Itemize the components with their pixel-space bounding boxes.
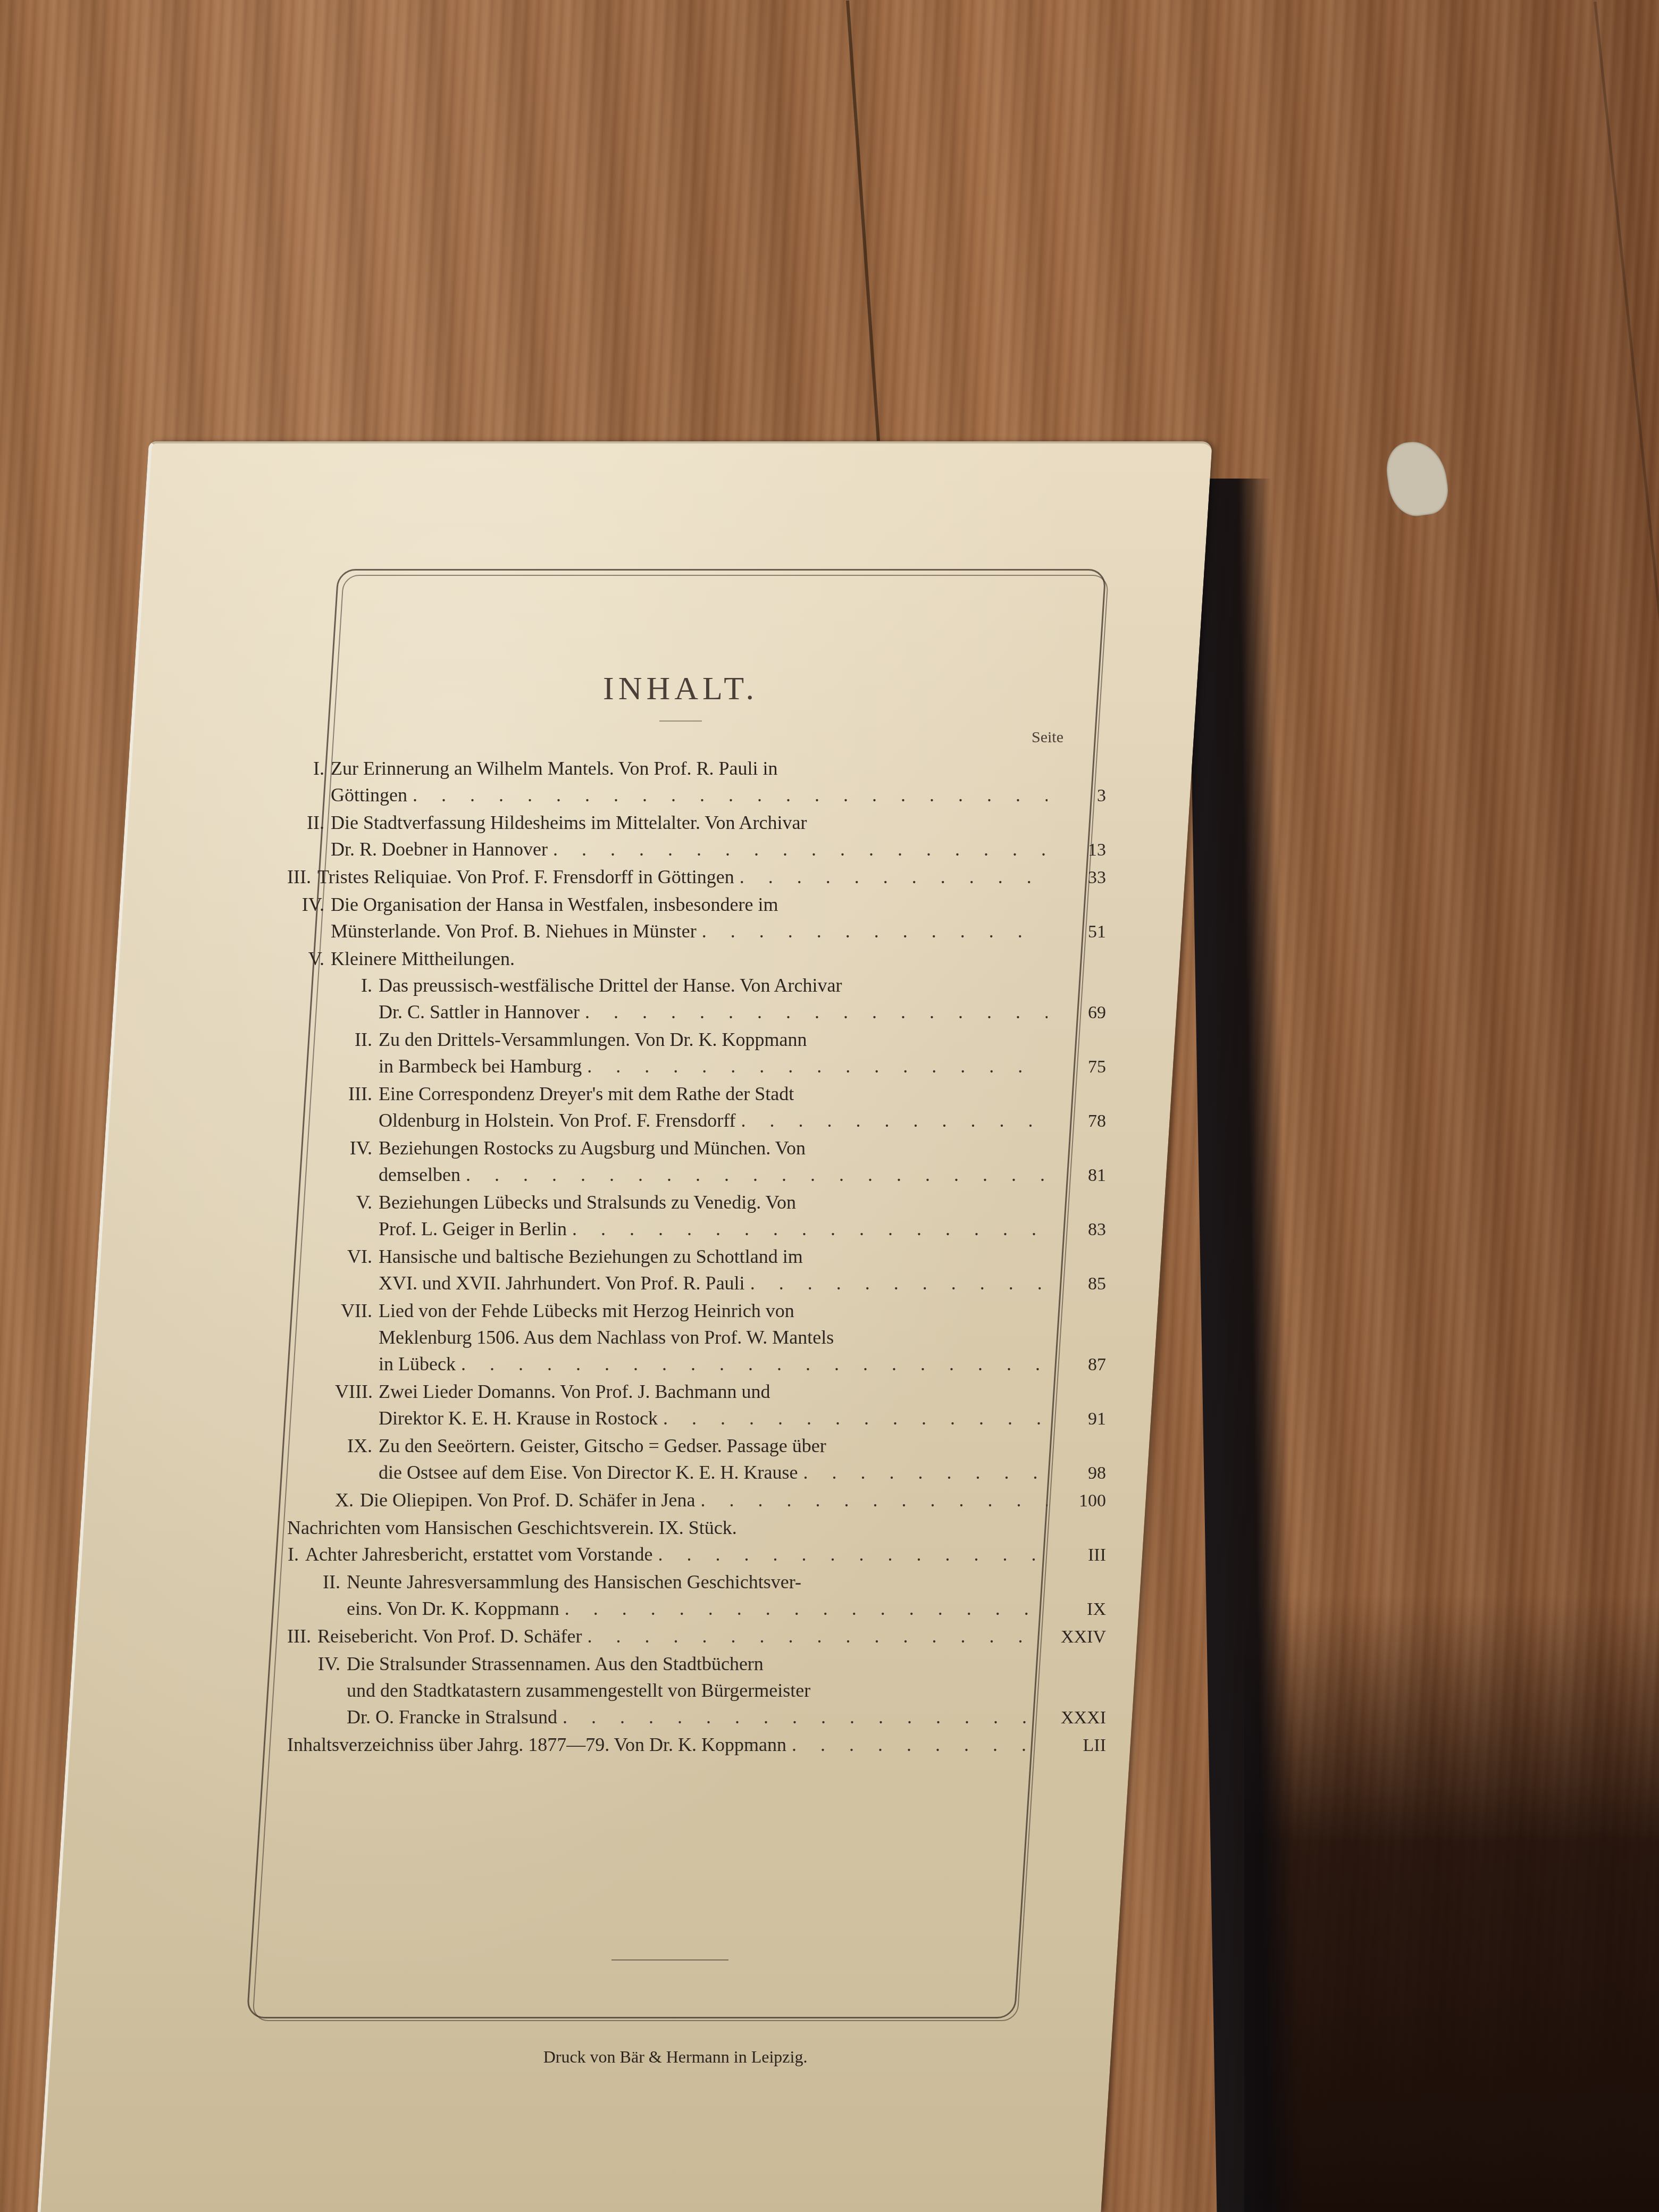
toc-entry-line: XVI. und XVII. Jahrhundert. Von Prof. R.… bbox=[335, 1270, 1106, 1297]
toc-entry-number: VI. bbox=[335, 1243, 379, 1270]
toc-page-number: 78 bbox=[1048, 1108, 1106, 1135]
toc-entry-text: die Ostsee auf dem Eise. Von Director K.… bbox=[379, 1459, 798, 1486]
toc-page-number: LII bbox=[1048, 1732, 1106, 1759]
toc-entry-line: I.Achter Jahresbericht, erstattet vom Vo… bbox=[287, 1541, 1106, 1569]
toc-page-number: 98 bbox=[1048, 1460, 1106, 1487]
toc-entry-line: die Ostsee auf dem Eise. Von Director K.… bbox=[335, 1459, 1106, 1487]
toc-entry-text: in Lübeck bbox=[379, 1351, 456, 1377]
toc-entry: IV.Die Stralsunder Strassennamen. Aus de… bbox=[287, 1650, 1106, 1731]
toc-entry-line: V.Beziehungen Lübecks und Stralsunds zu … bbox=[335, 1189, 1106, 1216]
leader-dots bbox=[734, 864, 1048, 890]
toc-page-number: 85 bbox=[1048, 1271, 1106, 1297]
toc-entry-text: Hansische und baltische Beziehungen zu S… bbox=[379, 1243, 803, 1270]
toc-entry-line: II.Die Stadtverfassung Hildesheims im Mi… bbox=[287, 809, 1106, 836]
toc-entry-text: XVI. und XVII. Jahrhundert. Von Prof. R.… bbox=[379, 1270, 745, 1296]
toc-entry-line: IX.Zu den Seeörtern. Geister, Gitscho = … bbox=[335, 1432, 1106, 1459]
toc-entry-line: Inhaltsverzeichniss über Jahrg. 1877—79.… bbox=[287, 1731, 1106, 1759]
toc-entry-text: eins. Von Dr. K. Koppmann bbox=[347, 1595, 559, 1622]
toc-entry-line: Dr. C. Sattler in Hannover69 bbox=[335, 999, 1106, 1026]
toc-entry-number: II. bbox=[287, 809, 331, 836]
toc-entry-text: Das preussisch-westfälische Drittel der … bbox=[379, 972, 842, 999]
leader-dots bbox=[582, 1623, 1048, 1649]
toc-entry: VII.Lied von der Fehde Lübecks mit Herzo… bbox=[287, 1297, 1106, 1378]
floor-shadow bbox=[1244, 1595, 1659, 2212]
leader-dots bbox=[735, 1107, 1048, 1134]
leader-dots bbox=[548, 836, 1048, 862]
table-of-contents: I.Zur Erinnerung an Wilhelm Mantels. Von… bbox=[287, 755, 1106, 1759]
toc-page-number: 13 bbox=[1048, 837, 1106, 864]
toc-entry-text: Inhaltsverzeichniss über Jahrg. 1877—79.… bbox=[287, 1731, 786, 1758]
toc-entry-text: Zu den Seeörtern. Geister, Gitscho = Ged… bbox=[379, 1432, 826, 1459]
toc-entry: I.Zur Erinnerung an Wilhelm Mantels. Von… bbox=[287, 755, 1106, 809]
toc-entry-text: Die Stadtverfassung Hildesheims im Mitte… bbox=[331, 809, 807, 836]
toc-entry-text: Münsterlande. Von Prof. B. Niehues in Mü… bbox=[331, 918, 697, 944]
wood-crack bbox=[1594, 2, 1659, 636]
document-page: INHALT. Seite I.Zur Erinnerung an Wilhel… bbox=[37, 441, 1212, 2212]
toc-entry-line: IV.Die Organisation der Hansa in Westfal… bbox=[287, 891, 1106, 918]
toc-entry-number: V. bbox=[335, 1189, 379, 1216]
toc-entry: I.Achter Jahresbericht, erstattet vom Vo… bbox=[287, 1541, 1106, 1569]
toc-entry-text: Tristes Reliquiae. Von Prof. F. Frensdor… bbox=[317, 864, 734, 890]
toc-entry-line: Prof. L. Geiger in Berlin83 bbox=[335, 1216, 1106, 1243]
toc-entry-text: Reisebericht. Von Prof. D. Schäfer bbox=[317, 1623, 582, 1649]
leader-dots bbox=[745, 1270, 1048, 1296]
toc-entry-text: Zwei Lieder Domanns. Von Prof. J. Bachma… bbox=[379, 1378, 770, 1405]
toc-entry-line: Dr. O. Francke in StralsundXXXI bbox=[287, 1704, 1106, 1731]
page-content: INHALT. Seite I.Zur Erinnerung an Wilhel… bbox=[149, 441, 1212, 2212]
leader-dots bbox=[557, 1704, 1048, 1730]
toc-entry-line: III.Tristes Reliquiae. Von Prof. F. Fren… bbox=[287, 864, 1106, 891]
toc-entry-text: Beziehungen Rostocks zu Augsburg und Mün… bbox=[379, 1135, 806, 1161]
toc-entry-text: Kleinere Mittheilungen. bbox=[331, 945, 515, 972]
toc-entry-line: eins. Von Dr. K. KoppmannIX bbox=[287, 1595, 1106, 1623]
toc-entry-number: III. bbox=[287, 864, 317, 890]
toc-entry-text: Zu den Drittels-Versammlungen. Von Dr. K… bbox=[379, 1026, 807, 1053]
toc-entry-text: Dr. R. Doebner in Hannover bbox=[331, 836, 548, 862]
toc-entry-line: Münsterlande. Von Prof. B. Niehues in Mü… bbox=[287, 918, 1106, 945]
toc-entry-line: X.Die Oliepipen. Von Prof. D. Schäfer in… bbox=[335, 1487, 1106, 1514]
toc-entry-line: demselben81 bbox=[335, 1161, 1106, 1189]
toc-entry: II.Zu den Drittels-Versammlungen. Von Dr… bbox=[287, 1026, 1106, 1080]
page-title: INHALT. bbox=[149, 670, 1212, 708]
toc-entry-line: in Lübeck87 bbox=[335, 1351, 1106, 1378]
toc-entry-line: in Barmbeck bei Hamburg75 bbox=[335, 1053, 1106, 1080]
leader-dots bbox=[407, 782, 1048, 808]
wood-crack bbox=[846, 1, 880, 441]
toc-page-number: 75 bbox=[1048, 1054, 1106, 1080]
toc-entry-number: VIII. bbox=[335, 1378, 379, 1405]
toc-entry-text: Achter Jahresbericht, erstattet vom Vors… bbox=[305, 1541, 652, 1568]
toc-entry: I.Das preussisch-westfälische Drittel de… bbox=[287, 972, 1106, 1026]
toc-entry-line: II.Zu den Drittels-Versammlungen. Von Dr… bbox=[335, 1026, 1106, 1053]
toc-entry-number: I. bbox=[287, 755, 331, 782]
toc-entry-line: III.Reisebericht. Von Prof. D. SchäferXX… bbox=[287, 1623, 1106, 1650]
wood-chip bbox=[1383, 438, 1451, 520]
toc-entry-line: VII.Lied von der Fehde Lübecks mit Herzo… bbox=[335, 1297, 1106, 1324]
toc-entry-number: I. bbox=[335, 972, 379, 999]
toc-entry: V.Beziehungen Lübecks und Stralsunds zu … bbox=[287, 1189, 1106, 1243]
leader-dots bbox=[696, 1487, 1048, 1513]
title-rule bbox=[659, 720, 702, 722]
toc-entry: IV.Beziehungen Rostocks zu Augsburg und … bbox=[287, 1135, 1106, 1189]
toc-entry-text: Lied von der Fehde Lübecks mit Herzog He… bbox=[379, 1297, 794, 1324]
toc-entry-number: X. bbox=[335, 1487, 360, 1513]
toc-entry-line: VI.Hansische und baltische Beziehungen z… bbox=[335, 1243, 1106, 1270]
leader-dots bbox=[559, 1595, 1048, 1622]
toc-entry: VI.Hansische und baltische Beziehungen z… bbox=[287, 1243, 1106, 1297]
toc-entry-text: und den Stadtkatastern zusammengestellt … bbox=[347, 1677, 810, 1704]
toc-entry-number: IV. bbox=[287, 891, 331, 918]
toc-entry-text: Zur Erinnerung an Wilhelm Mantels. Von P… bbox=[331, 755, 777, 782]
toc-entry-number: V. bbox=[287, 945, 331, 972]
leader-dots bbox=[460, 1161, 1048, 1188]
toc-entry-line: V.Kleinere Mittheilungen. bbox=[287, 945, 1106, 972]
toc-page-number: XXXI bbox=[1048, 1705, 1106, 1731]
toc-entry: III.Reisebericht. Von Prof. D. SchäferXX… bbox=[287, 1623, 1106, 1650]
toc-entry-text: Göttingen bbox=[331, 782, 407, 808]
toc-page-number: 81 bbox=[1048, 1162, 1106, 1189]
toc-entry: III.Tristes Reliquiae. Von Prof. F. Fren… bbox=[287, 864, 1106, 891]
toc-entry-line: Nachrichten vom Hansischen Geschichtsver… bbox=[287, 1514, 1106, 1541]
toc-page-number: 100 bbox=[1048, 1488, 1106, 1514]
toc-entry: VIII.Zwei Lieder Domanns. Von Prof. J. B… bbox=[287, 1378, 1106, 1432]
toc-entry-text: demselben bbox=[379, 1161, 460, 1188]
toc-entry-text: Die Oliepipen. Von Prof. D. Schäfer in J… bbox=[360, 1487, 696, 1513]
toc-entry: X.Die Oliepipen. Von Prof. D. Schäfer in… bbox=[287, 1487, 1106, 1514]
toc-page-number: 51 bbox=[1048, 919, 1106, 945]
toc-entry-text: Die Organisation der Hansa in Westfalen,… bbox=[331, 891, 778, 918]
toc-entry-text: in Barmbeck bei Hamburg bbox=[379, 1053, 582, 1079]
toc-entry-line: I.Das preussisch-westfälische Drittel de… bbox=[335, 972, 1106, 999]
leader-dots bbox=[567, 1216, 1048, 1242]
toc-entry-number: IV. bbox=[335, 1135, 379, 1161]
toc-entry: Nachrichten vom Hansischen Geschichtsver… bbox=[287, 1514, 1106, 1541]
toc-entry-line: III.Eine Correspondenz Dreyer's mit dem … bbox=[335, 1080, 1106, 1107]
toc-entry-text: Prof. L. Geiger in Berlin bbox=[379, 1216, 567, 1242]
toc-entry-text: Nachrichten vom Hansischen Geschichtsver… bbox=[287, 1514, 737, 1541]
toc-entry-line: IV.Beziehungen Rostocks zu Augsburg und … bbox=[335, 1135, 1106, 1161]
toc-entry: II.Die Stadtverfassung Hildesheims im Mi… bbox=[287, 809, 1106, 864]
toc-entry-text: Dr. C. Sattler in Hannover bbox=[379, 999, 580, 1025]
toc-entry-line: Direktor K. E. H. Krause in Rostock91 bbox=[335, 1405, 1106, 1432]
toc-page-number: 87 bbox=[1048, 1352, 1106, 1378]
leader-dots bbox=[798, 1459, 1048, 1486]
toc-entry: V.Kleinere Mittheilungen. bbox=[287, 945, 1106, 972]
toc-entry: Inhaltsverzeichniss über Jahrg. 1877—79.… bbox=[287, 1731, 1106, 1759]
toc-entry-text: Beziehungen Lübecks und Stralsunds zu Ve… bbox=[379, 1189, 796, 1216]
toc-page-number: XXIV bbox=[1048, 1624, 1106, 1650]
toc-entry-text: Direktor K. E. H. Krause in Rostock bbox=[379, 1405, 658, 1431]
toc-page-number: 33 bbox=[1048, 865, 1106, 891]
toc-entry-text: Dr. O. Francke in Stralsund bbox=[347, 1704, 557, 1730]
toc-entry-text: Eine Correspondenz Dreyer's mit dem Rath… bbox=[379, 1080, 794, 1107]
leader-dots bbox=[580, 999, 1048, 1025]
toc-entry-line: Oldenburg in Holstein. Von Prof. F. Fren… bbox=[335, 1107, 1106, 1135]
toc-entry: IX.Zu den Seeörtern. Geister, Gitscho = … bbox=[287, 1432, 1106, 1487]
toc-entry-number: II. bbox=[335, 1026, 379, 1053]
toc-page-number: 91 bbox=[1048, 1406, 1106, 1432]
toc-entry-text: Neunte Jahresversammlung des Hansischen … bbox=[347, 1569, 801, 1595]
toc-page-number: 69 bbox=[1048, 1000, 1106, 1026]
toc-entry-number: VII. bbox=[335, 1297, 379, 1324]
toc-page-number: III bbox=[1048, 1542, 1106, 1569]
leader-dots bbox=[582, 1053, 1048, 1079]
toc-entry-number: III. bbox=[335, 1080, 379, 1107]
toc-entry-line: IV.Die Stralsunder Strassennamen. Aus de… bbox=[287, 1650, 1106, 1677]
toc-entry-line: Göttingen3 bbox=[287, 782, 1106, 809]
toc-entry-text: Meklenburg 1506. Aus dem Nachlass von Pr… bbox=[379, 1324, 834, 1351]
toc-entry-text: Oldenburg in Holstein. Von Prof. F. Fren… bbox=[379, 1107, 735, 1134]
leader-dots bbox=[697, 918, 1048, 944]
toc-entry-line: Dr. R. Doebner in Hannover13 bbox=[287, 836, 1106, 864]
toc-entry: IV.Die Organisation der Hansa in Westfal… bbox=[287, 891, 1106, 945]
toc-entry-line: und den Stadtkatastern zusammengestellt … bbox=[287, 1677, 1106, 1704]
leader-dots bbox=[658, 1405, 1048, 1431]
leader-dots bbox=[456, 1351, 1048, 1377]
toc-entry: III.Eine Correspondenz Dreyer's mit dem … bbox=[287, 1080, 1106, 1135]
toc-entry-line: I.Zur Erinnerung an Wilhelm Mantels. Von… bbox=[287, 755, 1106, 782]
toc-page-number: 3 bbox=[1048, 783, 1106, 809]
leader-dots bbox=[786, 1731, 1048, 1758]
toc-entry-number: I. bbox=[287, 1541, 305, 1568]
toc-page-number: 83 bbox=[1048, 1217, 1106, 1243]
toc-entry-number: IX. bbox=[335, 1432, 379, 1459]
page-column-header: Seite bbox=[1032, 728, 1063, 747]
toc-entry: II.Neunte Jahresversammlung des Hansisch… bbox=[287, 1569, 1106, 1623]
toc-entry-line: II.Neunte Jahresversammlung des Hansisch… bbox=[287, 1569, 1106, 1595]
toc-page-number: IX bbox=[1048, 1596, 1106, 1623]
printer-imprint: Druck von Bär & Hermann in Leipzig. bbox=[149, 2047, 1202, 2067]
toc-entry-number: III. bbox=[287, 1623, 317, 1649]
toc-entry-line: VIII.Zwei Lieder Domanns. Von Prof. J. B… bbox=[335, 1378, 1106, 1405]
toc-entry-number: IV. bbox=[287, 1650, 347, 1677]
toc-entry-text: Die Stralsunder Strassennamen. Aus den S… bbox=[347, 1650, 764, 1677]
leader-dots bbox=[653, 1541, 1048, 1568]
bottom-rule bbox=[611, 1959, 728, 1960]
toc-entry-number: II. bbox=[287, 1569, 347, 1595]
toc-entry-line: Meklenburg 1506. Aus dem Nachlass von Pr… bbox=[335, 1324, 1106, 1351]
